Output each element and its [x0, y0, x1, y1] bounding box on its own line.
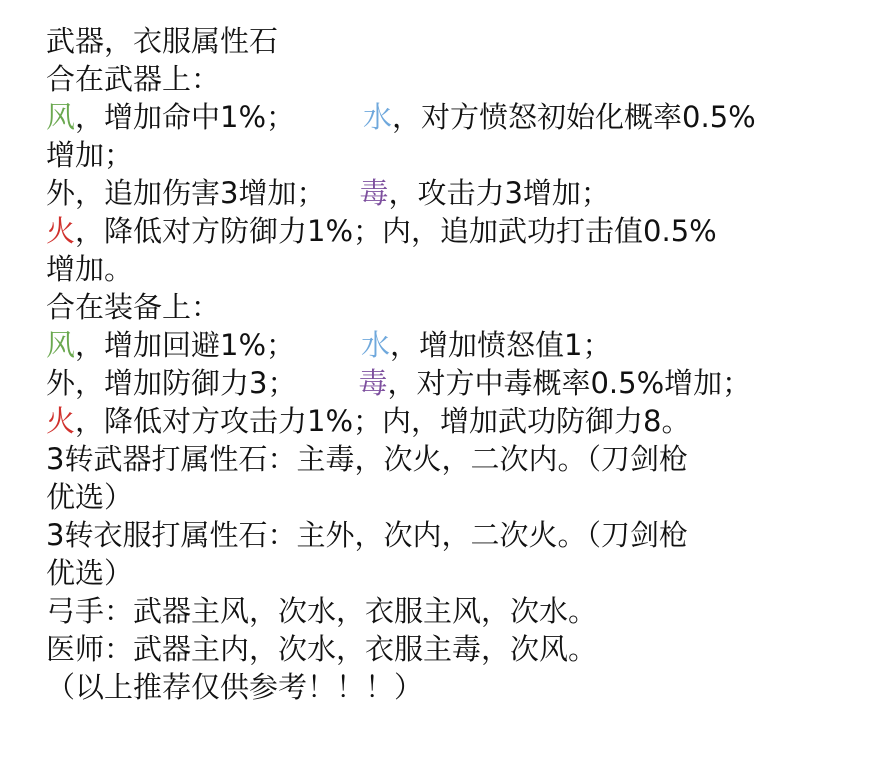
- element-wind: 风: [46, 328, 75, 362]
- weapon-wind-effect: ，增加命中1%；: [75, 100, 295, 134]
- element-wind: 风: [46, 100, 75, 134]
- recommendation-archer: 弓手：武器主风，次水，衣服主风，次水。: [46, 592, 836, 630]
- element-fire: 火: [46, 404, 75, 438]
- weapon-fire-wrap: 增加。: [46, 250, 836, 288]
- recommendation-weapon-3rd: 3转武器打属性石：主毒，次火，二次内。（刀剑枪: [46, 440, 836, 478]
- recommendation-healer: 医师：武器主内，次水，衣服主毒，次风。: [46, 630, 836, 668]
- armor-water-effect: ，增加愤怒值1；: [390, 328, 611, 362]
- element-poison: 毒: [359, 176, 388, 210]
- weapon-outer-effect: 外，追加伤害3增加；: [46, 176, 325, 210]
- recommendation-armor-3rd: 3转衣服打属性石：主外，次内，二次火。（刀剑枪: [46, 516, 836, 554]
- recommendation-armor-3rd-wrap: 优选）: [46, 554, 836, 592]
- armor-wind-effect: ，增加回避1%；: [75, 328, 295, 362]
- armor-outer-poison-line: 外，增加防御力3；毒，对方中毒概率0.5%增加；: [46, 364, 836, 402]
- document-body: 武器，衣服属性石 合在武器上： 风，增加命中1%；水，对方愤怒初始化概率0.5%…: [46, 22, 836, 706]
- weapon-wind-water-line: 风，增加命中1%；水，对方愤怒初始化概率0.5%: [46, 98, 836, 136]
- weapon-poison-effect: ，攻击力3增加；: [388, 176, 609, 210]
- armor-heading: 合在装备上：: [46, 288, 836, 326]
- weapon-heading: 合在武器上：: [46, 60, 836, 98]
- doc-title: 武器，衣服属性石: [46, 22, 836, 60]
- armor-fire-inner-line: 火，降低对方攻击力1%；内，增加武功防御力8。: [46, 402, 836, 440]
- recommendation-weapon-3rd-wrap: 优选）: [46, 478, 836, 516]
- weapon-fire-effect: ，降低对方防御力1%；内，追加武功打击值0.5%: [75, 214, 717, 248]
- armor-poison-effect: ，对方中毒概率0.5%增加；: [387, 366, 751, 400]
- element-fire: 火: [46, 214, 75, 248]
- element-poison: 毒: [358, 366, 387, 400]
- armor-wind-water-line: 风，增加回避1%；水，增加愤怒值1；: [46, 326, 836, 364]
- armor-outer-effect: 外，增加防御力3；: [46, 366, 296, 400]
- armor-fire-effect: ，降低对方攻击力1%；内，增加武功防御力8。: [75, 404, 690, 438]
- weapon-water-wrap: 增加；: [46, 136, 836, 174]
- element-water: 水: [363, 100, 392, 134]
- element-water: 水: [361, 328, 390, 362]
- weapon-outer-poison-line: 外，追加伤害3增加；毒，攻击力3增加；: [46, 174, 836, 212]
- weapon-fire-inner-line: 火，降低对方防御力1%；内，追加武功打击值0.5%: [46, 212, 836, 250]
- weapon-water-effect: ，对方愤怒初始化概率0.5%: [392, 100, 756, 134]
- disclaimer: （以上推荐仅供参考！！！）: [46, 668, 836, 706]
